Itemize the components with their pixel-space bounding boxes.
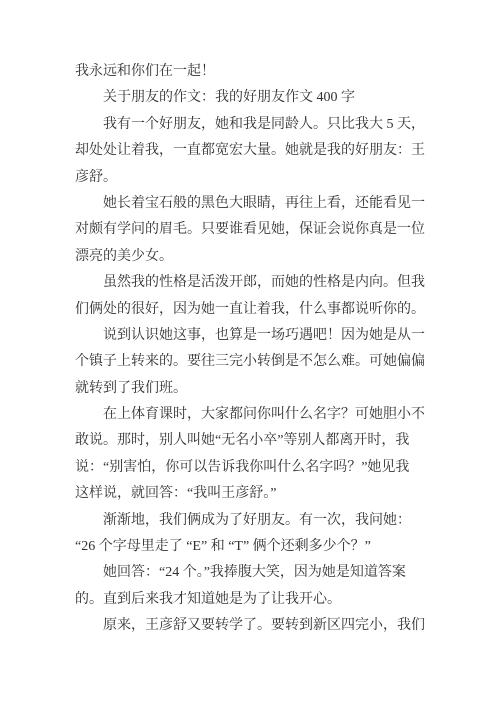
text-line: 敢说。那时，别人叫她“无名小卒”等别人都离开时，我 xyxy=(75,428,433,454)
text-line: 我有一个好朋友，她和我是同龄人。只比我大 5 天， xyxy=(75,112,433,138)
text-line: 渐渐地，我们俩成为了好朋友。有一次，我问她： xyxy=(75,508,433,534)
text-line: 却处处让着我，一直都宽宏大量。她就是我的好朋友：王 xyxy=(75,138,433,164)
text-line: 对颇有学问的眉毛。只要谁看见她，保证会说你真是一位 xyxy=(75,217,433,243)
text-line: “26 个字母里走了 “E” 和 “T” 俩个还剩多少个？” xyxy=(75,534,433,560)
text-line: 关于朋友的作文：我的好朋友作文 400 字 xyxy=(75,85,433,111)
text-line: 原来，王彦舒又要转学了。要转到新区四完小，我们 xyxy=(75,613,433,639)
text-line: 在上体育课时，大家都问你叫什么名字？可她胆小不 xyxy=(75,402,433,428)
text-line: 漂亮的美少女。 xyxy=(75,244,433,270)
text-line: 就转到了我们班。 xyxy=(75,376,433,402)
text-line: 说：“别害怕，你可以告诉我你叫什么名字吗？”她见我 xyxy=(75,455,433,481)
text-line: 们俩处的很好，因为她一直让着我，什么事都说听你的。 xyxy=(75,297,433,323)
text-line: 个镇子上转来的。要往三完小转倒是不怎么难。可她偏偏 xyxy=(75,349,433,375)
text-line: 的。直到后来我才知道她是为了让我开心。 xyxy=(75,587,433,613)
text-line: 彦舒。 xyxy=(75,165,433,191)
text-line: 虽然我的性格是活泼开郎，而她的性格是内向。但我 xyxy=(75,270,433,296)
text-line: 我永远和你们在一起！ xyxy=(75,59,433,85)
text-line: 这样说，就回答：“我叫王彦舒。” xyxy=(75,481,433,507)
document-page: 我永远和你们在一起！关于朋友的作文：我的好朋友作文 400 字我有一个好朋友，她… xyxy=(0,0,500,708)
text-line: 她回答：“24 个。”我捧腹大笑，因为她是知道答案 xyxy=(75,560,433,586)
text-line: 她长着宝石般的黑色大眼睛，再往上看，还能看见一 xyxy=(75,191,433,217)
essay-text-block: 我永远和你们在一起！关于朋友的作文：我的好朋友作文 400 字我有一个好朋友，她… xyxy=(75,59,433,640)
text-line: 说到认识她这事，也算是一场巧遇吧！因为她是从一 xyxy=(75,323,433,349)
